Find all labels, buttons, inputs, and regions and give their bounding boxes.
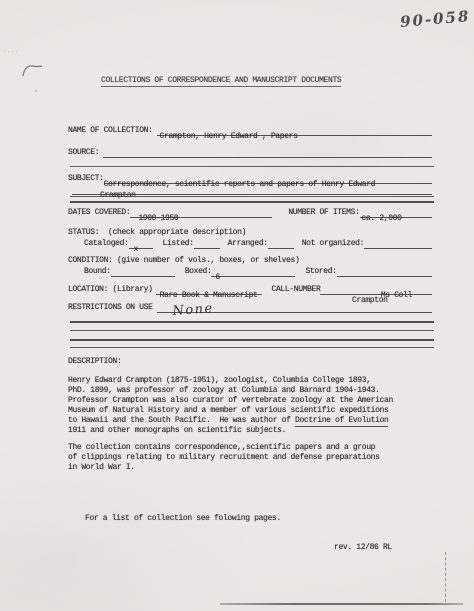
ruled-line <box>70 201 434 203</box>
number-of-items-line: ca. 2,000 <box>360 207 432 218</box>
listed-label: Listed: <box>163 239 194 249</box>
underlined-book-title: Doctrine of Evolution <box>295 416 388 427</box>
description-paragraph-2: The collection contains correspondence,,… <box>68 443 380 473</box>
ruled-line <box>70 339 434 341</box>
description-label: DESCRIPTION: <box>68 357 121 367</box>
ruled-line <box>70 347 434 348</box>
arranged-blank <box>268 238 294 249</box>
handwritten-accession-number: 90-058 <box>399 7 471 31</box>
field-name-of-collection: NAME OF COLLECTION: Crampton, Henry Edwa… <box>68 126 432 136</box>
status-label: STATUS: (check appropriate description) <box>68 228 246 238</box>
ruled-line <box>70 166 434 167</box>
scan-dotted-mark <box>445 552 446 602</box>
description-line: The collection contains correspondence,,… <box>68 443 380 453</box>
field-source: SOURCE: <box>68 148 432 158</box>
bound-label: Bound: <box>84 267 111 277</box>
name-of-collection-label: NAME OF COLLECTION: <box>68 126 153 136</box>
boxed-label: Boxed: <box>185 267 212 277</box>
status-checkboxes-row: Cataloged: x Listed: Arranged: Not organ… <box>84 239 432 249</box>
cataloged-value: x <box>129 245 138 254</box>
location-value: Rare Book & Manuscript <box>156 291 262 300</box>
field-dates-items: DATES COVERED: 1900-1950 NUMBER OF ITEMS… <box>68 208 432 218</box>
arranged-label: Arranged: <box>228 239 268 249</box>
scan-edge-line <box>220 603 463 605</box>
call-number-label: CALL-NUMBER <box>272 285 321 295</box>
subject-line-2: Crampton <box>72 184 432 195</box>
footer-note: For a list of collection see folowing pa… <box>85 514 281 524</box>
boxed-line: 6 <box>211 266 295 277</box>
number-of-items-label: NUMBER OF ITEMS: <box>288 208 359 218</box>
dates-covered-label: DATES COVERED: <box>68 208 130 218</box>
cataloged-blank: x <box>129 238 153 249</box>
scanned-document-page: 90-058 .... COLLECTIONS OF CORRESPONDENC… <box>0 0 474 611</box>
document-title: COLLECTIONS OF CORRESPONDENCE AND MANUSC… <box>101 76 341 87</box>
stored-label: Stored: <box>305 267 336 277</box>
field-restrictions: RESTRICTIONS ON USE None <box>68 303 432 313</box>
listed-blank <box>194 238 220 249</box>
location-label: LOCATION: (Library) <box>68 285 153 295</box>
scan-noise-dots: .... <box>3 48 19 54</box>
call-number-line: Ms Coll <box>320 284 432 295</box>
number-of-items-value: ca. 2,000 <box>360 214 402 223</box>
description-line: of clippings relating to military recrui… <box>68 453 380 463</box>
dates-covered-line: 1900-1950 <box>130 207 272 218</box>
location-line: Rare Book & Manuscript <box>156 284 262 295</box>
restrictions-label: RESTRICTIONS ON USE <box>68 303 153 313</box>
dates-covered-value: 1900-1950 <box>130 214 178 223</box>
bound-blank <box>111 266 175 277</box>
ruled-line <box>70 330 434 331</box>
name-of-collection-line: Crampton, Henry Edward , Papers <box>157 125 432 136</box>
subject-label: SUBJECT: <box>68 174 104 184</box>
condition-values-row: Bound: Boxed: 6 Stored: <box>84 267 432 277</box>
name-of-collection-value: Crampton, Henry Edward , Papers <box>157 132 298 141</box>
field-condition: CONDITION: (give number of vols., boxes,… <box>68 256 432 266</box>
ruled-line <box>70 321 434 323</box>
pen-mark <box>20 60 46 94</box>
not-organized-label: Not organized: <box>302 239 364 249</box>
restrictions-line: None <box>157 302 432 313</box>
subject-line-1: Correspondence, scientific reports and p… <box>104 173 432 184</box>
field-subject-continued: Crampton <box>72 185 432 195</box>
condition-label: CONDITION: (give number of vols., boxes,… <box>68 256 299 266</box>
description-line: 1911 and other monographs on scientific … <box>68 426 393 436</box>
call-number-value: Ms Coll <box>381 291 432 300</box>
description-paragraph-1: Henry Edward Crampton (1875-1951), zoolo… <box>68 376 393 436</box>
description-line: Museum of Natural History and a member o… <box>68 406 393 416</box>
document-title-wrap: COLLECTIONS OF CORRESPONDENCE AND MANUSC… <box>101 69 341 87</box>
stored-blank <box>337 266 432 277</box>
boxed-value: 6 <box>211 273 219 282</box>
description-line: Henry Edward Crampton (1875-1951), zoolo… <box>68 376 393 386</box>
description-line: Professor Crampton was also curator of v… <box>68 396 393 406</box>
description-line: to Hawaii and the South Pacific. He was … <box>68 416 393 426</box>
field-status: STATUS: (check appropriate description) <box>68 228 432 238</box>
restrictions-value-handwritten: None <box>172 301 214 319</box>
revision-stamp: rev. 12/86 RL <box>334 543 392 553</box>
field-location: LOCATION: (Library) Rare Book & Manuscri… <box>68 285 432 295</box>
description-line: in World War I. <box>68 463 380 473</box>
field-subject: SUBJECT: Correspondence, scientific repo… <box>68 174 432 184</box>
cataloged-label: Cataloged: <box>84 239 129 249</box>
ruled-line <box>70 196 434 197</box>
source-blank-line <box>103 147 432 158</box>
not-organized-blank <box>364 238 432 249</box>
source-label: SOURCE: <box>68 148 99 158</box>
description-line: PhD. 1899, was professor of zoology at C… <box>68 386 393 396</box>
